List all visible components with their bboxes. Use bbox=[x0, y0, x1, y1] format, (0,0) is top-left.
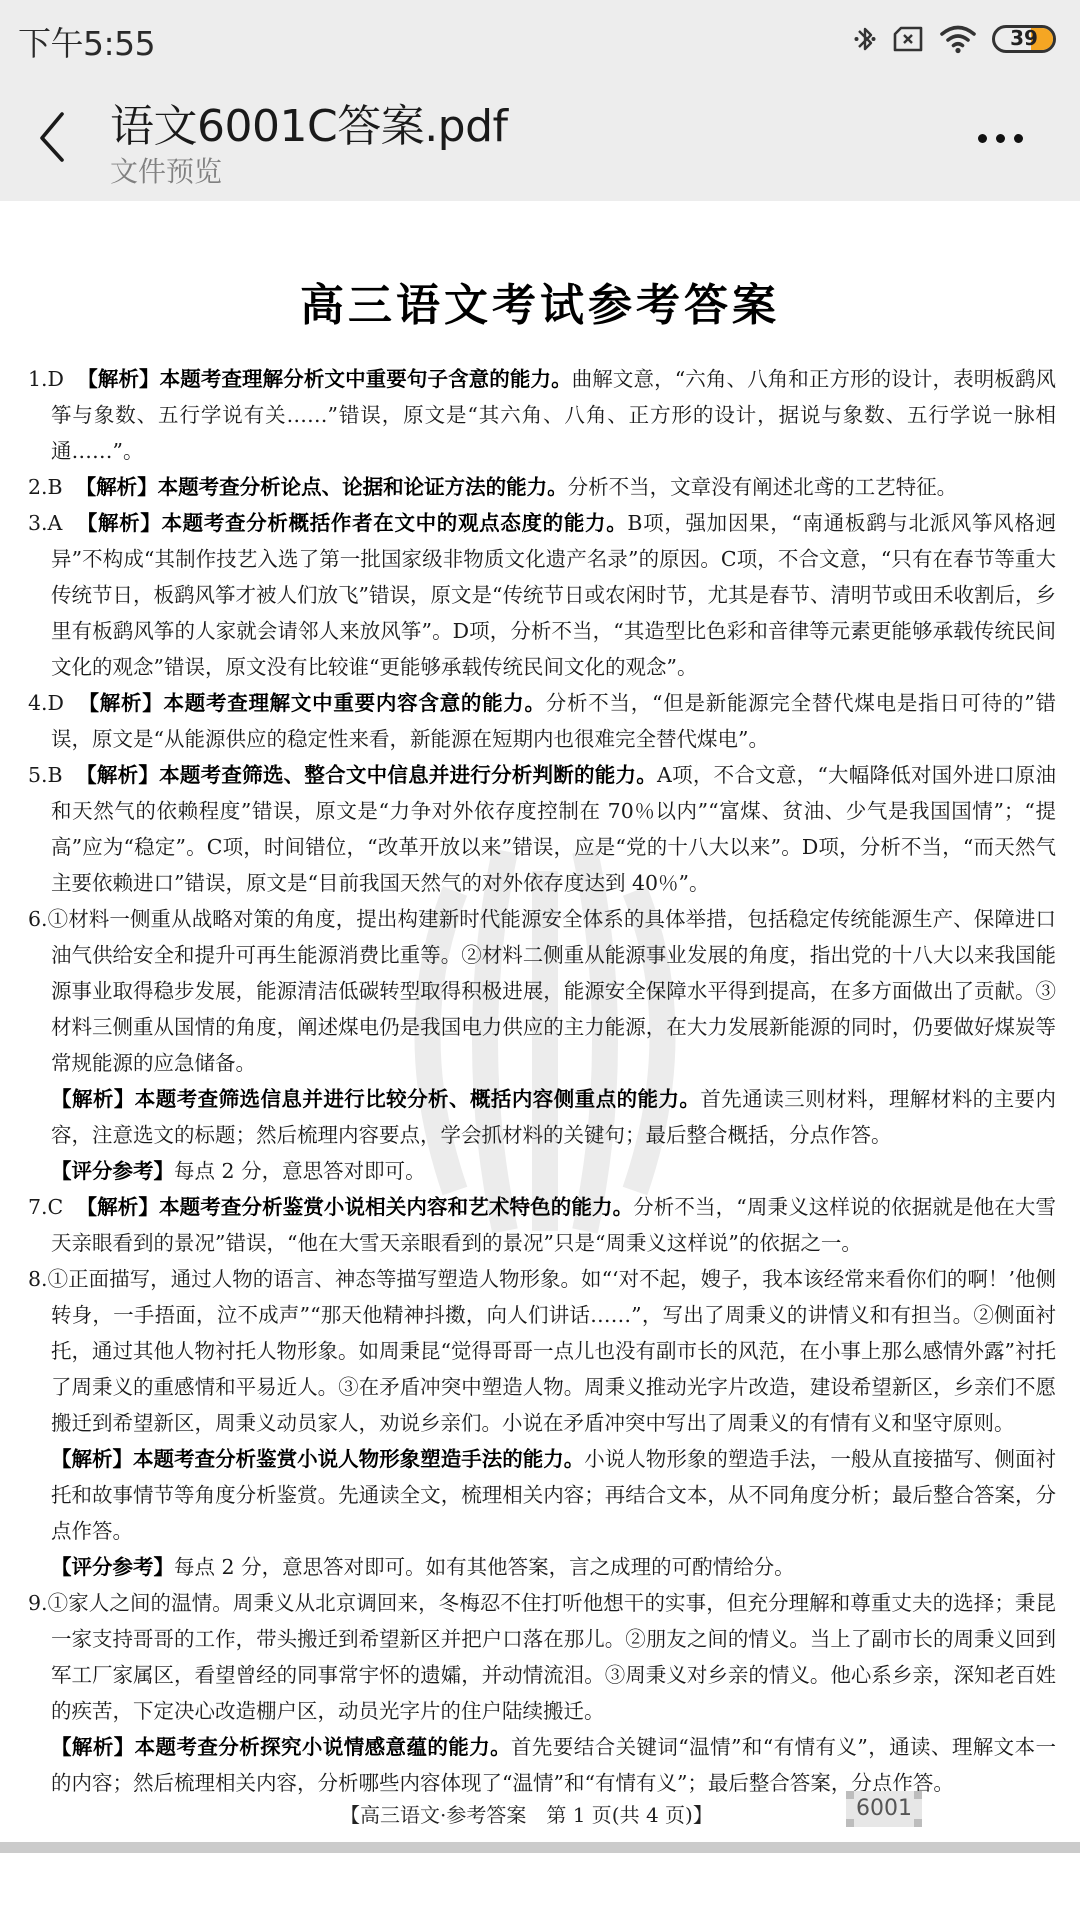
answer-number: 2.B bbox=[28, 475, 63, 499]
analysis-tag: 【解析】 bbox=[77, 367, 159, 391]
page-footer: 【高三语文·参考答案 第 1 页(共 4 页)】 6001 bbox=[0, 1799, 1080, 1829]
answer-item-5: 5.B 【解析】本题考查筛选、整合文中信息并进行分析判断的能力。A项，不合文意，… bbox=[28, 757, 1056, 901]
analysis-heading: 本题考查理解文中重要内容含意的能力。 bbox=[163, 691, 545, 715]
answer-8-scoring: 【评分参考】每点 2 分，意思答对即可。如有其他答案，言之成理的可酌情给分。 bbox=[28, 1549, 1056, 1585]
analysis-tag: 【解析】 bbox=[51, 1735, 135, 1759]
analysis-heading: 本题考查分析探究小说情感意蕴的能力。 bbox=[135, 1735, 511, 1759]
analysis-tag: 【解析】 bbox=[77, 511, 162, 535]
answer-number: 3.A bbox=[28, 511, 62, 535]
scoring-text: 每点 2 分，意思答对即可。 bbox=[174, 1159, 426, 1183]
answer-item-1: 1.D 【解析】本题考查理解分析文中重要句子含意的能力。曲解文意，“六角、八角和… bbox=[28, 361, 1056, 469]
badge-corner bbox=[846, 1819, 854, 1827]
pdf-page[interactable]: 高三语文考试参考答案 1.D 【解析】本题考查理解分析文中重要句子含意的能力。曲… bbox=[0, 201, 1080, 1842]
analysis-heading: 本题考查分析概括作者在文中的观点态度的能力。 bbox=[161, 511, 627, 535]
analysis-text: 分析不当，文章没有阐述北鸢的工艺特征。 bbox=[568, 475, 958, 499]
analysis-tag: 【解析】 bbox=[76, 475, 158, 499]
answer-text: ①正面描写，通过人物的语言、神态等描写塑造人物形象。如“‘对不起，嫂子，我本该经… bbox=[48, 1267, 1056, 1435]
chevron-left-icon bbox=[34, 108, 74, 164]
answer-item-4: 4.D 【解析】本题考查理解文中重要内容含意的能力。分析不当，“但是新能源完全替… bbox=[28, 685, 1056, 757]
badge-corner bbox=[914, 1819, 922, 1827]
footer-code: 6001 bbox=[856, 1796, 912, 1821]
battery-icon: 39 bbox=[992, 25, 1056, 53]
answer-number: 4.D bbox=[28, 691, 64, 715]
analysis-heading: 本题考查分析论点、论据和论证方法的能力。 bbox=[158, 475, 568, 499]
next-page-area[interactable] bbox=[0, 1853, 1080, 1920]
answer-number: 1.D bbox=[28, 367, 64, 391]
answer-number: 8. bbox=[28, 1267, 48, 1291]
wifi-icon bbox=[940, 24, 976, 54]
answer-6-analysis: 【解析】本题考查筛选信息并进行比较分析、概括内容侧重点的能力。首先通读三则材料，… bbox=[28, 1081, 1056, 1153]
answer-text: ①材料一侧重从战略对策的角度，提出构建新时代能源安全体系的具体举措，包括稳定传统… bbox=[48, 907, 1056, 1075]
bluetooth-icon bbox=[854, 22, 876, 56]
analysis-heading: 本题考查筛选、整合文中信息并进行分析判断的能力。 bbox=[159, 763, 657, 787]
answer-item-2: 2.B 【解析】本题考查分析论点、论据和论证方法的能力。分析不当，文章没有阐述北… bbox=[28, 469, 1056, 505]
analysis-tag: 【解析】 bbox=[51, 1447, 133, 1471]
answer-item-7: 7.C 【解析】本题考查分析鉴赏小说相关内容和艺术特色的能力。分析不当，“周秉义… bbox=[28, 1189, 1056, 1261]
status-time: 下午5:55 bbox=[18, 18, 155, 65]
analysis-tag: 【解析】 bbox=[79, 691, 164, 715]
answer-text: ①家人之间的温情。周秉义从北京调回来，冬梅忍不住打听他想干的实事，但充分理解和尊… bbox=[48, 1591, 1056, 1723]
answer-number: 7.C bbox=[28, 1195, 63, 1219]
answer-item-9: 9.①家人之间的温情。周秉义从北京调回来，冬梅忍不住打听他想干的实事，但充分理解… bbox=[28, 1585, 1056, 1729]
document-title: 高三语文考试参考答案 bbox=[0, 269, 1080, 333]
badge-corner bbox=[846, 1791, 854, 1799]
answer-8-analysis: 【解析】本题考查分析鉴赏小说人物形象塑造手法的能力。小说人物形象的塑造手法，一般… bbox=[28, 1441, 1056, 1549]
badge-corner bbox=[914, 1791, 922, 1799]
page-separator bbox=[0, 1842, 1080, 1853]
analysis-heading: 本题考查筛选信息并进行比较分析、概括内容侧重点的能力。 bbox=[135, 1087, 701, 1111]
answer-number: 6. bbox=[28, 907, 48, 931]
analysis-heading: 本题考查分析鉴赏小说人物形象塑造手法的能力。 bbox=[133, 1447, 584, 1471]
analysis-heading: 本题考查理解分析文中重要句子含意的能力。 bbox=[160, 367, 572, 391]
footer-page-info: 【高三语文·参考答案 第 1 页(共 4 页)】 bbox=[340, 1799, 713, 1828]
analysis-text: B项，强加因果，“南通板鹞与北派风筝风格迥异”不构成“其制作技艺入选了第一批国家… bbox=[51, 511, 1056, 679]
file-subtitle: 文件预览 bbox=[110, 150, 222, 190]
app-bar: 下午5:55 39 语文6001C答案.pdf 文件预览 bbox=[0, 0, 1080, 201]
answer-item-8: 8.①正面描写，通过人物的语言、神态等描写塑造人物形象。如“‘对不起，嫂子，我本… bbox=[28, 1261, 1056, 1441]
answer-number: 9. bbox=[28, 1591, 48, 1615]
more-horizontal-icon bbox=[996, 134, 1005, 143]
back-button[interactable] bbox=[34, 108, 74, 164]
analysis-tag: 【解析】 bbox=[77, 1195, 159, 1219]
analysis-tag: 【解析】 bbox=[51, 1087, 135, 1111]
more-horizontal-icon bbox=[978, 134, 987, 143]
scoring-tag: 【评分参考】 bbox=[51, 1555, 174, 1579]
analysis-tag: 【解析】 bbox=[76, 763, 159, 787]
answer-6-scoring: 【评分参考】每点 2 分，意思答对即可。 bbox=[28, 1153, 1056, 1189]
status-icons: 39 bbox=[854, 22, 1056, 56]
analysis-heading: 本题考查分析鉴赏小说相关内容和艺术特色的能力。 bbox=[159, 1195, 633, 1219]
answer-number: 5.B bbox=[28, 763, 63, 787]
more-horizontal-icon bbox=[1014, 134, 1023, 143]
answer-item-3: 3.A 【解析】本题考查分析概括作者在文中的观点态度的能力。B项，强加因果，“南… bbox=[28, 505, 1056, 685]
footer-code-badge: 6001 bbox=[846, 1791, 922, 1827]
scoring-tag: 【评分参考】 bbox=[51, 1159, 174, 1183]
answer-list: 1.D 【解析】本题考查理解分析文中重要句子含意的能力。曲解文意，“六角、八角和… bbox=[28, 361, 1056, 1801]
file-name: 语文6001C答案.pdf bbox=[110, 90, 508, 154]
answer-item-6: 6.①材料一侧重从战略对策的角度，提出构建新时代能源安全体系的具体举措，包括稳定… bbox=[28, 901, 1056, 1081]
battery-level: 39 bbox=[995, 26, 1053, 50]
scoring-text: 每点 2 分，意思答对即可。如有其他答案，言之成理的可酌情给分。 bbox=[174, 1555, 795, 1579]
more-options-button[interactable] bbox=[978, 128, 1030, 148]
sim-none-icon bbox=[892, 25, 924, 53]
